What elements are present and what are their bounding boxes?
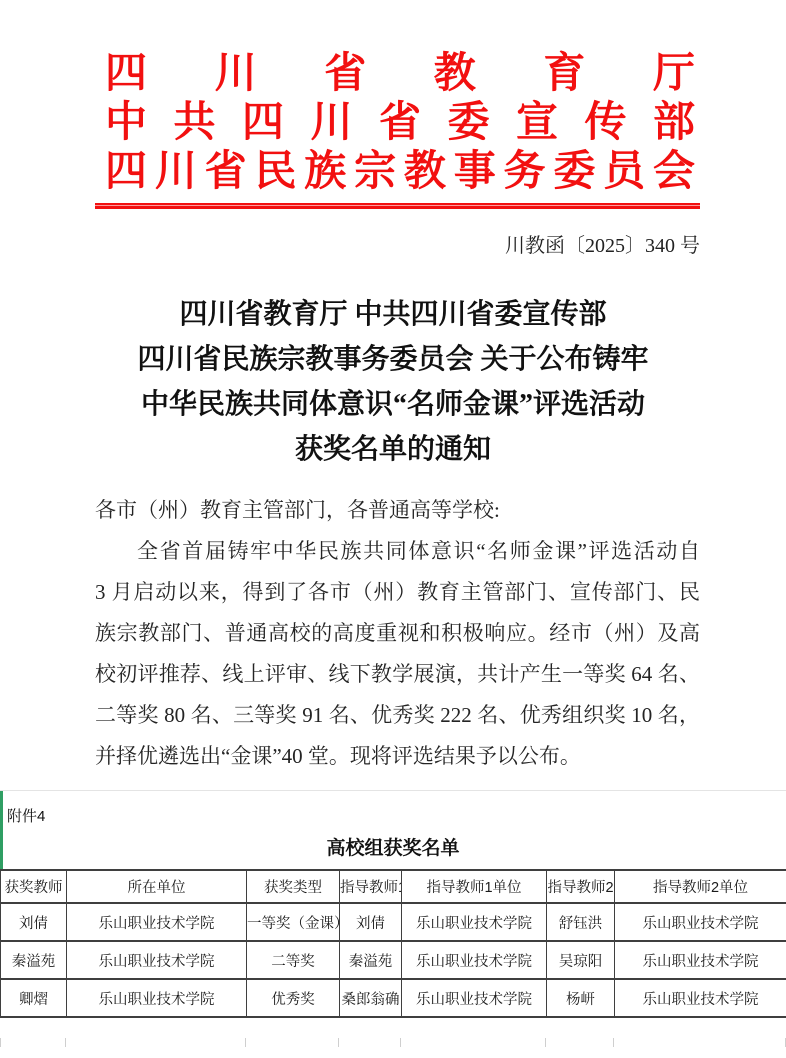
table-cell: 刘倩 bbox=[340, 903, 402, 941]
table-cell: 乐山职业技术学院 bbox=[402, 941, 547, 979]
column-header: 指导教师2单位 bbox=[615, 870, 786, 903]
column-header: 指导教师1 bbox=[340, 870, 402, 903]
stub-cell bbox=[66, 1038, 246, 1047]
table-continuation-stub bbox=[0, 1038, 786, 1047]
table-cell: 一等奖（金课） bbox=[247, 903, 340, 941]
paragraph-line: 全省首届铸牢中华民族共同体意识“名师金课”评选活动自 bbox=[95, 531, 700, 572]
table-row: 秦溢苑乐山职业技术学院二等奖秦溢苑乐山职业技术学院吴琼阳乐山职业技术学院 bbox=[1, 941, 786, 979]
salutation-line: 各市（州）教育主管部门，各普通高等学校: bbox=[95, 490, 700, 531]
table-cell: 乐山职业技术学院 bbox=[615, 979, 786, 1017]
column-header: 指导教师2 bbox=[547, 870, 615, 903]
awards-table: 获奖教师所在单位获奖类型指导教师1指导教师1单位指导教师2指导教师2单位 刘倩乐… bbox=[0, 869, 786, 1018]
letterhead-line-1: 四川省教育厅 bbox=[105, 50, 695, 99]
table-cell: 刘倩 bbox=[1, 903, 67, 941]
table-cell: 二等奖 bbox=[247, 941, 340, 979]
paragraph-line: 并择优遴选出“金课”40 堂。现将评选结果予以公布。 bbox=[95, 736, 700, 777]
document-number: 川教函〔2025〕340 号 bbox=[95, 229, 700, 258]
stub-cell bbox=[246, 1038, 339, 1047]
document-page: 四川省教育厅 中共四川省委宣传部 四川省民族宗教事务委员会 川教函〔2025〕3… bbox=[0, 0, 786, 1058]
column-header: 获奖类型 bbox=[247, 870, 340, 903]
table-cell: 杨岍 bbox=[547, 979, 615, 1017]
table-cell: 卿熠 bbox=[1, 979, 67, 1017]
table-cell: 乐山职业技术学院 bbox=[402, 903, 547, 941]
table-header-row: 获奖教师所在单位获奖类型指导教师1指导教师1单位指导教师2指导教师2单位 bbox=[1, 870, 786, 903]
table-cell: 优秀奖 bbox=[247, 979, 340, 1017]
paragraph-line: 族宗教部门、普通高校的高度重视和积极响应。经市（州）及高 bbox=[95, 613, 700, 654]
table-cell: 吴琼阳 bbox=[547, 941, 615, 979]
paragraph-line: 校初评推荐、线上评审、线下教学展演，共计产生一等奖 64 名、 bbox=[95, 654, 700, 695]
paragraph-line: 二等奖 80 名、三等奖 91 名、优秀奖 222 名、优秀组织奖 10 名， bbox=[95, 695, 700, 736]
paragraph-line: 3 月启动以来，得到了各市（州）教育主管部门、宣传部门、民 bbox=[95, 572, 700, 613]
letterhead-line-2: 中共四川省委宣传部 bbox=[105, 99, 695, 148]
table-row: 刘倩乐山职业技术学院一等奖（金课）刘倩乐山职业技术学院舒钰洪乐山职业技术学院 bbox=[1, 903, 786, 941]
title-line-4: 获奖名单的通知 bbox=[60, 427, 726, 472]
table-row: 卿熠乐山职业技术学院优秀奖桑郎翁确乐山职业技术学院杨岍乐山职业技术学院 bbox=[1, 979, 786, 1017]
attachment-label: 附件4 bbox=[7, 805, 45, 826]
table-cell: 乐山职业技术学院 bbox=[615, 941, 786, 979]
title-line-1: 四川省教育厅 中共四川省委宣传部 bbox=[60, 292, 726, 337]
table-cell: 乐山职业技术学院 bbox=[615, 903, 786, 941]
table-cell: 秦溢苑 bbox=[340, 941, 402, 979]
title-line-3: 中华民族共同体意识“名师金课”评选活动 bbox=[60, 382, 726, 427]
body-text: 各市（州）教育主管部门，各普通高等学校: 全省首届铸牢中华民族共同体意识“名师金… bbox=[95, 490, 700, 777]
table-cell: 乐山职业技术学院 bbox=[67, 979, 247, 1017]
title-line-2: 四川省民族宗教事务委员会 关于公布铸牢 bbox=[60, 337, 726, 382]
column-header: 所在单位 bbox=[67, 870, 247, 903]
awards-table-title: 高校组获奖名单 bbox=[0, 833, 786, 860]
column-header: 获奖教师 bbox=[1, 870, 67, 903]
table-cell: 乐山职业技术学院 bbox=[67, 903, 247, 941]
table-cell: 桑郎翁确 bbox=[340, 979, 402, 1017]
stub-cell bbox=[546, 1038, 614, 1047]
table-cell: 舒钰洪 bbox=[547, 903, 615, 941]
stub-cell bbox=[339, 1038, 401, 1047]
table-cell: 秦溢苑 bbox=[1, 941, 67, 979]
letterhead-line-3: 四川省民族宗教事务委员会 bbox=[105, 148, 695, 197]
document-title: 四川省教育厅 中共四川省委宣传部 四川省民族宗教事务委员会 关于公布铸牢 中华民… bbox=[60, 292, 726, 472]
column-header: 指导教师1单位 bbox=[402, 870, 547, 903]
stub-cell bbox=[614, 1038, 786, 1047]
red-divider-rule bbox=[95, 203, 700, 209]
table-cell: 乐山职业技术学院 bbox=[67, 941, 247, 979]
letterhead: 四川省教育厅 中共四川省委宣传部 四川省民族宗教事务委员会 bbox=[105, 50, 695, 197]
table-cell: 乐山职业技术学院 bbox=[402, 979, 547, 1017]
attachment-section: 附件4 高校组获奖名单 获奖教师所在单位获奖类型指导教师1指导教师1单位指导教师… bbox=[0, 790, 786, 1058]
stub-cell bbox=[0, 1038, 66, 1047]
stub-cell bbox=[401, 1038, 546, 1047]
